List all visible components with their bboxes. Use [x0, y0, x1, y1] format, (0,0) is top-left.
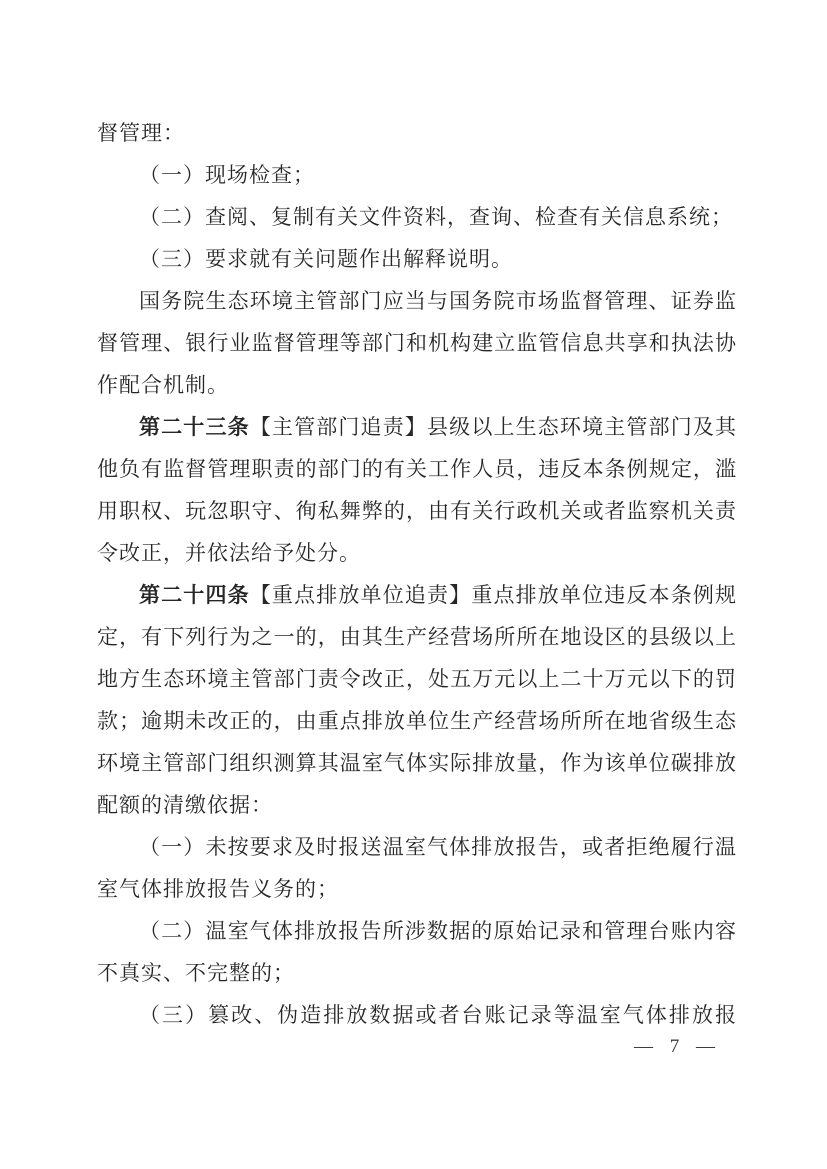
page-number: — 7 —	[634, 1036, 721, 1057]
paragraph-cooperation-mechanism: 国务院生态环境主管部门应当与国务院市场监督管理、证券监督管理、银行业监督管理等部…	[97, 280, 737, 406]
article-23: 第二十三条【主管部门追责】县级以上生态环境主管部门及其他负有监督管理职责的部门的…	[97, 406, 737, 574]
continuation-line: 督管理：	[97, 112, 737, 154]
text-segment: （二）温室气体排放报告所涉数据的原始记录和管理台账内容不真实、不完整的；	[97, 919, 737, 985]
violation-item-2: （二）温室气体排放报告所涉数据的原始记录和管理台账内容不真实、不完整的；	[97, 910, 737, 994]
page-footer: — 7 —	[97, 1036, 737, 1058]
text-segment: （三）篡改、伪造排放数据或者台账记录等温室气体排放报	[139, 1003, 737, 1027]
document-content: 督管理：（一）现场检查；（二）查阅、复制有关文件资料，查询、检查有关信息系统；（…	[97, 112, 737, 1036]
article-24: 第二十四条【重点排放单位追责】重点排放单位违反本条例规定，有下列行为之一的，由其…	[97, 574, 737, 826]
document-page: 督管理：（一）现场检查；（二）查阅、复制有关文件资料，查询、检查有关信息系统；（…	[0, 0, 827, 1169]
violation-item-1: （一）未按要求及时报送温室气体排放报告，或者拒绝履行温室气体排放报告义务的；	[97, 826, 737, 910]
text-segment: 国务院生态环境主管部门应当与国务院市场监督管理、证券监督管理、银行业监督管理等部…	[97, 289, 737, 397]
text-segment: （一）现场检查；	[139, 163, 315, 187]
text-segment: （三）要求就有关问题作出解释说明。	[139, 247, 513, 271]
inspection-item-2: （二）查阅、复制有关文件资料，查询、检查有关信息系统；	[97, 196, 737, 238]
violation-item-3: （三）篡改、伪造排放数据或者台账记录等温室气体排放报	[97, 994, 737, 1036]
text-segment: 督管理：	[97, 121, 185, 145]
text-segment: 【重点排放单位追责】重点排放单位违反本条例规定，有下列行为之一的，由其生产经营场…	[97, 583, 737, 817]
text-segment: （二）查阅、复制有关文件资料，查询、检查有关信息系统；	[139, 205, 733, 229]
text-segment: （一）未按要求及时报送温室气体排放报告，或者拒绝履行温室气体排放报告义务的；	[97, 835, 737, 901]
article-number-bold: 第二十四条	[139, 583, 250, 607]
article-number-bold: 第二十三条	[139, 415, 250, 439]
inspection-item-1: （一）现场检查；	[97, 154, 737, 196]
inspection-item-3: （三）要求就有关问题作出解释说明。	[97, 238, 737, 280]
